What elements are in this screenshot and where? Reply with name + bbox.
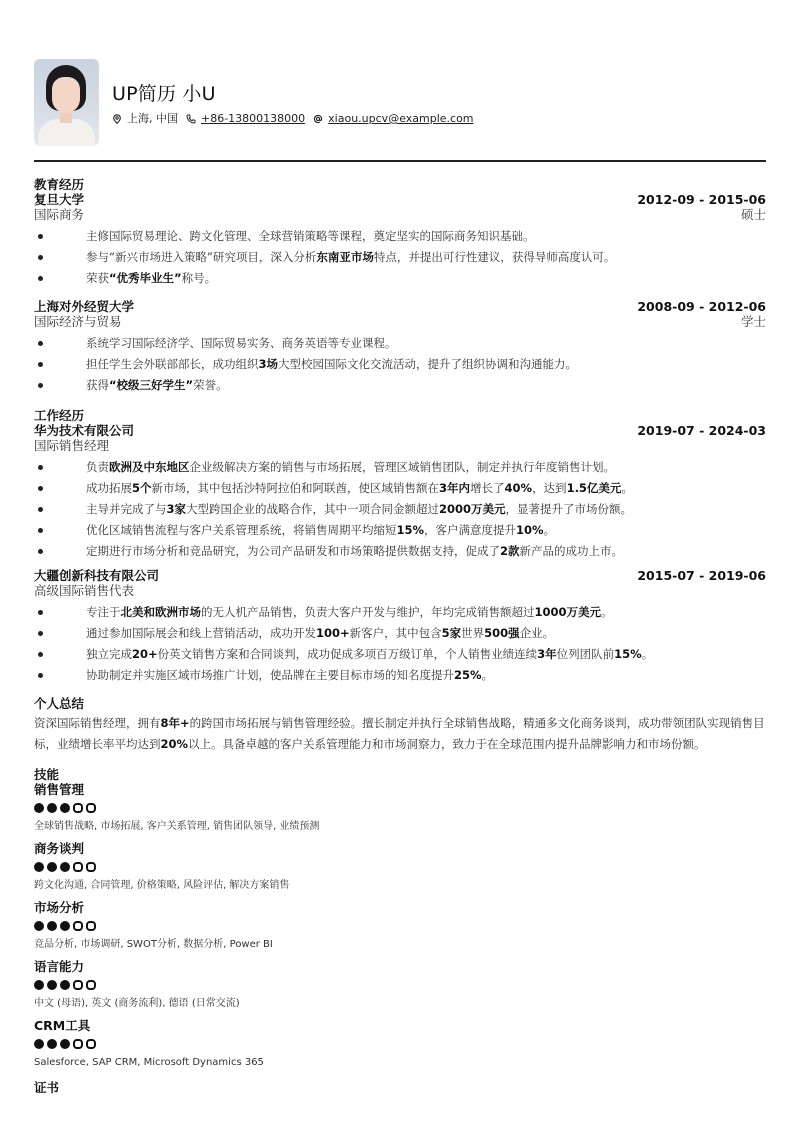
skill-keywords: 全球销售战略, 市场拓展, 客户关系管理, 销售团队领导, 业绩预测	[34, 820, 766, 834]
text-run: 。	[544, 523, 556, 537]
skills-list: 销售管理全球销售战略, 市场拓展, 客户关系管理, 销售团队领导, 业绩预测商务…	[34, 782, 766, 1070]
contact-email: xiaou.upcv@example.com	[313, 111, 473, 127]
bullet-item: 协助制定并实施区域市场推广计划，使品牌在主要目标市场的知名度提升25%。	[34, 665, 766, 686]
empty-dot-icon	[73, 921, 83, 931]
text-run: 成功拓展	[86, 481, 132, 495]
text-run: 主导并完成了与	[86, 502, 167, 516]
contact-phone: +86-13800138000	[186, 111, 305, 127]
profile-photo	[34, 59, 99, 146]
bullet-item: 专注于北美和欧洲市场的无人机产品销售，负责大客户开发与维护，年均完成销售额超过1…	[34, 602, 766, 623]
company-name: 华为技术有限公司	[34, 423, 134, 438]
job-title: 高级国际销售代表	[34, 583, 134, 598]
text-run: 主修国际贸易理论、跨文化管理、全球营销策略等课程，奠定坚实的国际商务知识基础。	[86, 229, 535, 243]
skill-level-rating	[34, 862, 766, 873]
section-title-certificates: 证书	[34, 1080, 766, 1095]
candidate-name: UP简历 小U	[112, 81, 482, 107]
highlight-text: 2款	[500, 544, 520, 558]
text-run: 位列团队前	[557, 647, 615, 661]
work-entry: 华为技术有限公司 2019-07 - 2024-03 国际销售经理 负责欧洲及中…	[34, 423, 766, 562]
text-run: 。	[621, 481, 633, 495]
empty-dot-icon	[86, 980, 96, 990]
filled-dot-icon	[60, 980, 70, 990]
text-run: 通过参加国际展会和线上营销活动，成功开发	[86, 626, 316, 640]
job-title: 国际销售经理	[34, 438, 109, 453]
phone-link[interactable]: +86-13800138000	[201, 111, 305, 127]
text-run: 。	[642, 647, 654, 661]
text-run: 独立完成	[86, 647, 132, 661]
skill-item: 商务谈判跨文化沟通, 合同管理, 价格策略, 风险评估, 解决方案销售	[34, 841, 766, 893]
skill-keywords: Salesforce, SAP CRM, Microsoft Dynamics …	[34, 1056, 766, 1070]
highlight-text: 5个	[132, 481, 152, 495]
school-name: 上海对外经贸大学	[34, 299, 134, 314]
bullet-item: 主导并完成了与3家大型跨国企业的战略合作，其中一项合同金额超过2000万美元，显…	[34, 499, 766, 520]
bullet-item: 定期进行市场分析和竞品研究，为公司产品研发和市场策略提供数据支持，促成了2款新产…	[34, 541, 766, 562]
text-run: 资深国际销售经理，拥有	[34, 716, 161, 730]
highlight-text: 15%	[397, 523, 425, 537]
bullet-item: 负责欧洲及中东地区企业级解决方案的销售与市场拓展，管理区域销售团队，制定并执行年…	[34, 457, 766, 478]
filled-dot-icon	[34, 803, 44, 813]
empty-dot-icon	[73, 803, 83, 813]
section-title-summary: 个人总结	[34, 696, 766, 711]
text-run: ，达到	[532, 481, 567, 495]
text-run: 荣获	[86, 271, 109, 285]
skill-name: 语言能力	[34, 959, 766, 975]
skill-name: 市场分析	[34, 900, 766, 916]
skill-name: 商务谈判	[34, 841, 766, 857]
skill-level-rating	[34, 1039, 766, 1050]
date-range: 2008-09 - 2012-06	[637, 299, 766, 314]
text-run: 的无人机产品销售，负责大客户开发与维护，年均完成销售额超过	[201, 605, 535, 619]
at-sign-icon	[313, 114, 323, 124]
highlight-text: 东南亚市场	[316, 250, 374, 264]
text-run: 企业。	[520, 626, 555, 640]
text-run: 份英文销售方案和合同谈判，成功促成多项百万级订单，个人销售业绩连续	[158, 647, 538, 661]
bullet-item: 主修国际贸易理论、跨文化管理、全球营销策略等课程，奠定坚实的国际商务知识基础。	[34, 226, 766, 247]
email-link[interactable]: xiaou.upcv@example.com	[328, 111, 473, 127]
text-run: 新客户，其中包含	[350, 626, 442, 640]
contact-row: 上海, 中国 +86-13800138000 xiaou.upcv@exampl…	[112, 111, 482, 127]
text-run: 荣誉。	[193, 378, 228, 392]
bullet-item: 荣获“优秀毕业生”称号。	[34, 268, 766, 289]
filled-dot-icon	[60, 921, 70, 931]
summary-section: 个人总结 资深国际销售经理，拥有8年+的跨国市场拓展与销售管理经验。擅长制定并执…	[34, 696, 766, 755]
filled-dot-icon	[47, 803, 57, 813]
skill-item: CRM工具Salesforce, SAP CRM, Microsoft Dyna…	[34, 1018, 766, 1070]
text-run: 称号。	[182, 271, 217, 285]
work-section: 工作经历 华为技术有限公司 2019-07 - 2024-03 国际销售经理 负…	[34, 408, 766, 686]
filled-dot-icon	[34, 921, 44, 931]
text-run: 。	[601, 605, 613, 619]
highlight-text: 3年	[537, 647, 557, 661]
text-run: 协助制定并实施区域市场推广计划，使品牌在主要目标市场的知名度提升	[86, 668, 454, 682]
degree: 硕士	[741, 207, 766, 222]
skill-keywords: 跨文化沟通, 合同管理, 价格策略, 风险评估, 解决方案销售	[34, 879, 766, 893]
bullet-item: 成功拓展5个新市场，其中包括沙特阿拉伯和阿联酋，使区域销售额在3年内增长了40%…	[34, 478, 766, 499]
text-run: 优化区域销售流程与客户关系管理系统，将销售周期平均缩短	[86, 523, 397, 537]
text-run: 新产品的成功上市。	[520, 544, 624, 558]
map-pin-icon	[112, 114, 122, 124]
highlight-text: 15%	[614, 647, 642, 661]
bullet-list: 专注于北美和欧洲市场的无人机产品销售，负责大客户开发与维护，年均完成销售额超过1…	[34, 602, 766, 686]
resume-page: UP简历 小U 上海, 中国 +86-13800138000	[34, 58, 766, 1095]
highlight-text: 40%	[505, 481, 533, 495]
highlight-text: 北美和欧洲市场	[121, 605, 202, 619]
text-run: 大型校园国际文化交流活动，提升了组织协调和沟通能力。	[278, 357, 577, 371]
text-run: 获得	[86, 378, 109, 392]
text-run: 担任学生会外联部部长，成功组织	[86, 357, 259, 371]
education-entry: 上海对外经贸大学 2008-09 - 2012-06 国际经济与贸易 学士 系统…	[34, 299, 766, 396]
certificates-section: 证书	[34, 1080, 766, 1095]
section-title-work: 工作经历	[34, 408, 766, 423]
empty-dot-icon	[86, 862, 96, 872]
text-run: 以上。具备卓越的客户关系管理能力和市场洞察力，致力于在全球范围内提升品牌影响力和…	[188, 737, 706, 751]
text-run: ，显著提升了市场份额。	[506, 502, 633, 516]
highlight-text: 3年内	[439, 481, 470, 495]
empty-dot-icon	[73, 1039, 83, 1049]
text-run: 新市场，其中包括沙特阿拉伯和阿联酋，使区域销售额在	[152, 481, 440, 495]
filled-dot-icon	[34, 1039, 44, 1049]
date-range: 2019-07 - 2024-03	[637, 423, 766, 438]
filled-dot-icon	[60, 803, 70, 813]
highlight-text: “校级三好学生”	[109, 378, 193, 392]
contact-location: 上海, 中国	[112, 111, 178, 127]
highlight-text: 500强	[484, 626, 520, 640]
empty-dot-icon	[86, 921, 96, 931]
text-run: 大型跨国企业的战略合作，其中一项合同金额超过	[186, 502, 439, 516]
bullet-item: 优化区域销售流程与客户关系管理系统，将销售周期平均缩短15%，客户满意度提升10…	[34, 520, 766, 541]
work-entry: 大疆创新科技有限公司 2015-07 - 2019-06 高级国际销售代表 专注…	[34, 568, 766, 686]
resume-header: UP简历 小U 上海, 中国 +86-13800138000	[34, 58, 766, 146]
highlight-text: 20+	[132, 647, 158, 661]
company-name: 大疆创新科技有限公司	[34, 568, 159, 583]
highlight-text: 1000万美元	[535, 605, 602, 619]
skills-section: 技能 销售管理全球销售战略, 市场拓展, 客户关系管理, 销售团队领导, 业绩预…	[34, 767, 766, 1070]
degree: 学士	[741, 314, 766, 329]
filled-dot-icon	[47, 1039, 57, 1049]
location-text: 上海, 中国	[127, 111, 178, 127]
filled-dot-icon	[60, 1039, 70, 1049]
education-section: 教育经历 复旦大学 2012-09 - 2015-06 国际商务 硕士 主修国际…	[34, 177, 766, 396]
header-divider	[34, 160, 766, 162]
school-name: 复旦大学	[34, 192, 84, 207]
highlight-text: 25%	[454, 668, 482, 682]
filled-dot-icon	[60, 862, 70, 872]
text-run: ，客户满意度提升	[424, 523, 516, 537]
section-title-skills: 技能	[34, 767, 766, 782]
bullet-item: 获得“校级三好学生”荣誉。	[34, 375, 766, 396]
filled-dot-icon	[47, 862, 57, 872]
filled-dot-icon	[34, 980, 44, 990]
bullet-item: 独立完成20+份英文销售方案和合同谈判，成功促成多项百万级订单，个人销售业绩连续…	[34, 644, 766, 665]
skill-item: 语言能力中文 (母语), 英文 (商务流利), 德语 (日常交流)	[34, 959, 766, 1011]
text-run: 增长了	[470, 481, 505, 495]
text-run: 系统学习国际经济学、国际贸易实务、商务英语等专业课程。	[86, 336, 397, 350]
highlight-text: 3场	[259, 357, 279, 371]
date-range: 2015-07 - 2019-06	[637, 568, 766, 583]
phone-icon	[186, 114, 196, 124]
empty-dot-icon	[86, 1039, 96, 1049]
bullet-item: 系统学习国际经济学、国际贸易实务、商务英语等专业课程。	[34, 333, 766, 354]
empty-dot-icon	[86, 803, 96, 813]
highlight-text: “优秀毕业生”	[109, 271, 182, 285]
highlight-text: 10%	[516, 523, 544, 537]
empty-dot-icon	[73, 980, 83, 990]
text-run: 负责	[86, 460, 109, 474]
highlight-text: 2000万美元	[439, 502, 506, 516]
highlight-text: 5家	[442, 626, 462, 640]
bullet-list: 负责欧洲及中东地区企业级解决方案的销售与市场拓展，管理区域销售团队，制定并执行年…	[34, 457, 766, 562]
bullet-item: 担任学生会外联部部长，成功组织3场大型校园国际文化交流活动，提升了组织协调和沟通…	[34, 354, 766, 375]
empty-dot-icon	[73, 862, 83, 872]
skill-item: 市场分析竞品分析, 市场调研, SWOT分析, 数据分析, Power BI	[34, 900, 766, 952]
text-run: 参与“新兴市场进入策略”研究项目，深入分析	[86, 250, 316, 264]
text-run: 专注于	[86, 605, 121, 619]
summary-text: 资深国际销售经理，拥有8年+的跨国市场拓展与销售管理经验。擅长制定并执行全球销售…	[34, 713, 766, 755]
highlight-text: 100+	[316, 626, 350, 640]
highlight-text: 欧洲及中东地区	[109, 460, 190, 474]
major: 国际商务	[34, 207, 84, 222]
skill-name: CRM工具	[34, 1018, 766, 1034]
skill-name: 销售管理	[34, 782, 766, 798]
text-run: 企业级解决方案的销售与市场拓展，管理区域销售团队，制定并执行年度销售计划。	[190, 460, 616, 474]
filled-dot-icon	[47, 980, 57, 990]
education-entry: 复旦大学 2012-09 - 2015-06 国际商务 硕士 主修国际贸易理论、…	[34, 192, 766, 289]
bullet-list: 主修国际贸易理论、跨文化管理、全球营销策略等课程，奠定坚实的国际商务知识基础。参…	[34, 226, 766, 289]
text-run: 世界	[461, 626, 484, 640]
bullet-item: 参与“新兴市场进入策略”研究项目，深入分析东南亚市场特点，并提出可行性建议，获得…	[34, 247, 766, 268]
section-title-education: 教育经历	[34, 177, 766, 192]
skill-keywords: 中文 (母语), 英文 (商务流利), 德语 (日常交流)	[34, 997, 766, 1011]
text-run: 。	[482, 668, 494, 682]
skill-level-rating	[34, 921, 766, 932]
bullet-item: 通过参加国际展会和线上营销活动，成功开发100+新客户，其中包含5家世界500强…	[34, 623, 766, 644]
filled-dot-icon	[34, 862, 44, 872]
filled-dot-icon	[47, 921, 57, 931]
text-run: 定期进行市场分析和竞品研究，为公司产品研发和市场策略提供数据支持，促成了	[86, 544, 500, 558]
highlight-text: 3家	[167, 502, 187, 516]
date-range: 2012-09 - 2015-06	[637, 192, 766, 207]
skill-level-rating	[34, 803, 766, 814]
highlight-text: 1.5亿美元	[567, 481, 622, 495]
skill-keywords: 竞品分析, 市场调研, SWOT分析, 数据分析, Power BI	[34, 938, 766, 952]
major: 国际经济与贸易	[34, 314, 122, 329]
highlight-text: 20%	[161, 737, 189, 751]
bullet-list: 系统学习国际经济学、国际贸易实务、商务英语等专业课程。担任学生会外联部部长，成功…	[34, 333, 766, 396]
skill-level-rating	[34, 980, 766, 991]
text-run: 特点，并提出可行性建议，获得导师高度认可。	[374, 250, 616, 264]
skill-item: 销售管理全球销售战略, 市场拓展, 客户关系管理, 销售团队领导, 业绩预测	[34, 782, 766, 834]
highlight-text: 8年+	[161, 716, 190, 730]
